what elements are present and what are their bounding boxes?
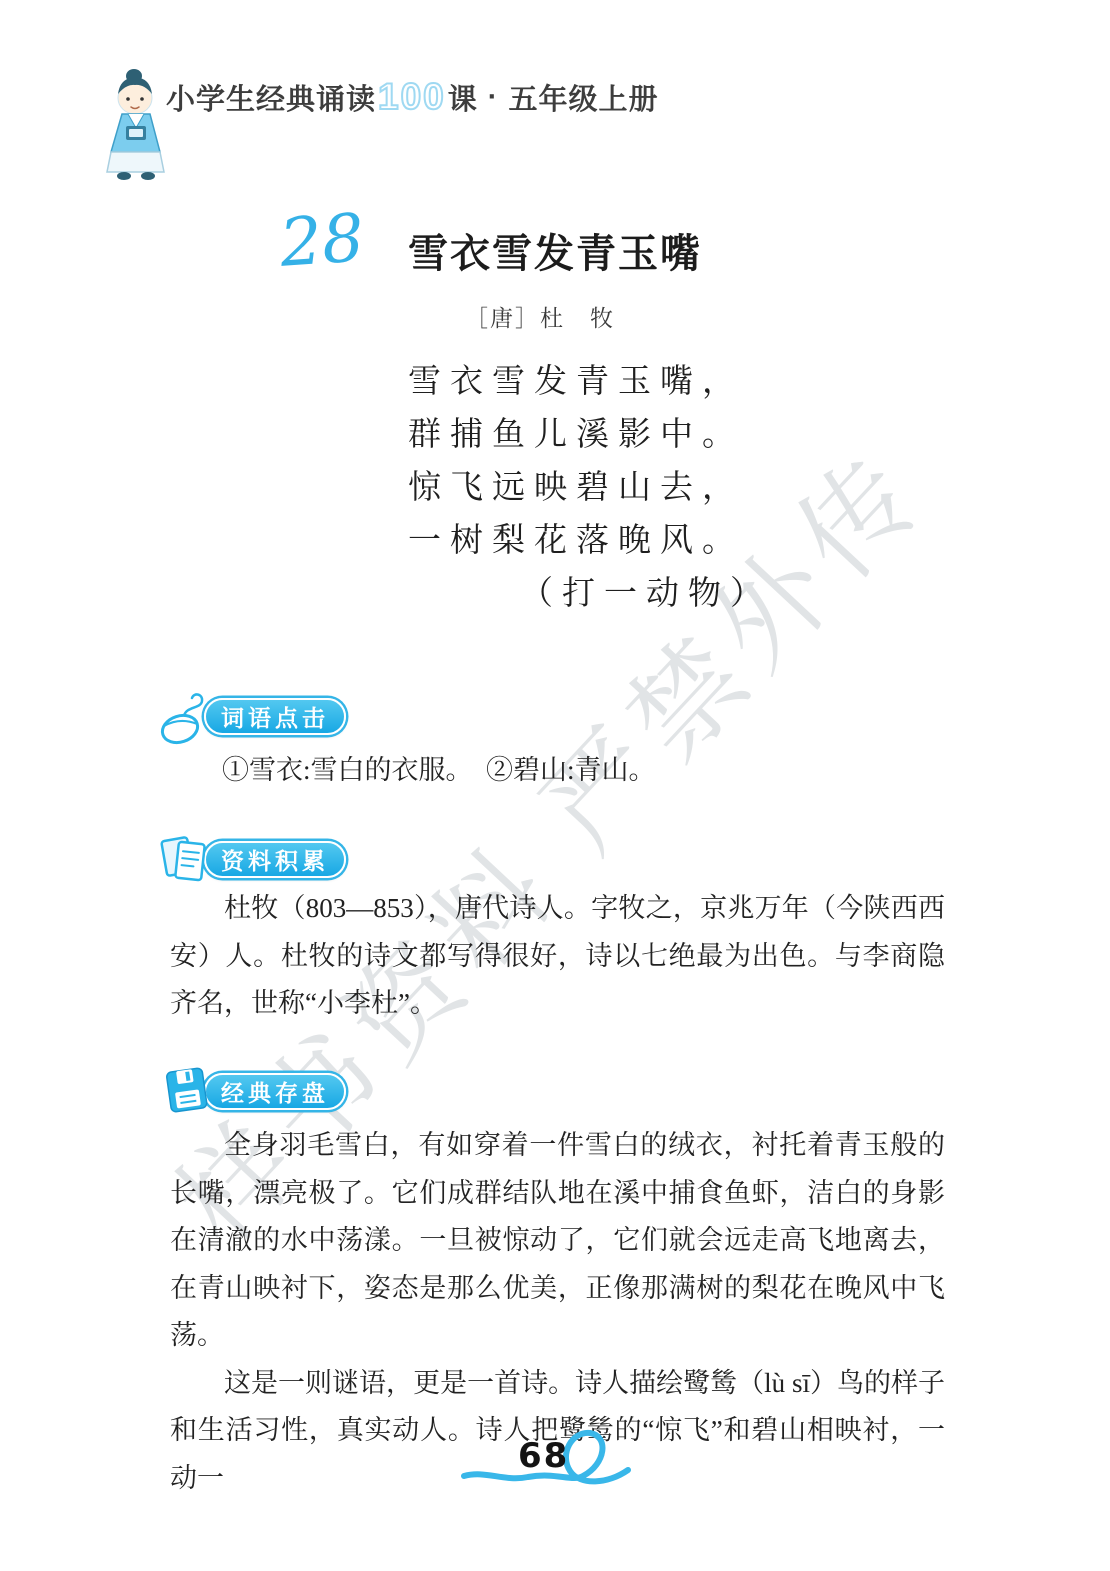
series-title-suffix: 课 <box>448 77 478 118</box>
badge-word-click: 词语点击 <box>204 698 346 735</box>
floppy-icon <box>162 1064 212 1122</box>
lesson-number: 28 <box>278 205 366 277</box>
poem-line-3: 惊飞远映碧山去， <box>408 462 772 515</box>
lesson-title: 雪衣雪发青玉嘴 <box>408 222 702 279</box>
documents-icon <box>160 832 210 890</box>
word-notes: ①雪衣:雪白的衣服。 ②碧山:青山。 <box>222 748 656 787</box>
riddle-hint: （打一动物） <box>520 568 772 621</box>
page-number: 68 <box>518 1436 569 1476</box>
poem-text: 雪衣雪发青玉嘴， 群捕鱼儿溪影中。 惊飞远映碧山去， 一树梨花落晚风。 （打一动… <box>408 356 772 621</box>
mouse-icon <box>156 690 214 748</box>
poem-line-4: 一树梨花落晚风。 <box>408 515 772 568</box>
book-page: 样书资料 严禁外传 小学生经典诵读 100 课 · 五年级上册 28 雪衣雪发青… <box>0 0 1110 1571</box>
volume-label: 五年级上册 <box>508 77 658 118</box>
badge-classic-save: 经典存盘 <box>204 1073 346 1110</box>
series-title-prefix: 小学生经典诵读 <box>166 77 376 118</box>
book-series-title: 小学生经典诵读 100 课 · 五年级上册 <box>166 76 658 118</box>
badge-material: 资料积累 <box>204 841 346 878</box>
mascot-boy-icon <box>98 66 174 182</box>
poem-author: ［唐］杜 牧 <box>430 300 650 333</box>
series-number-100: 100 <box>378 76 446 118</box>
series-separator: · <box>488 81 499 114</box>
poem-line-2: 群捕鱼儿溪影中。 <box>408 409 772 462</box>
poem-line-1: 雪衣雪发青玉嘴， <box>408 356 772 409</box>
material-paragraph: 杜牧（803—853），唐代诗人。字牧之，京兆万年（今陕西西安）人。杜牧的诗文都… <box>170 885 945 1028</box>
classic-paragraph-1: 全身羽毛雪白，有如穿着一件雪白的绒衣，衬托着青玉般的长嘴，漂亮极了。它们成群结队… <box>170 1122 945 1360</box>
